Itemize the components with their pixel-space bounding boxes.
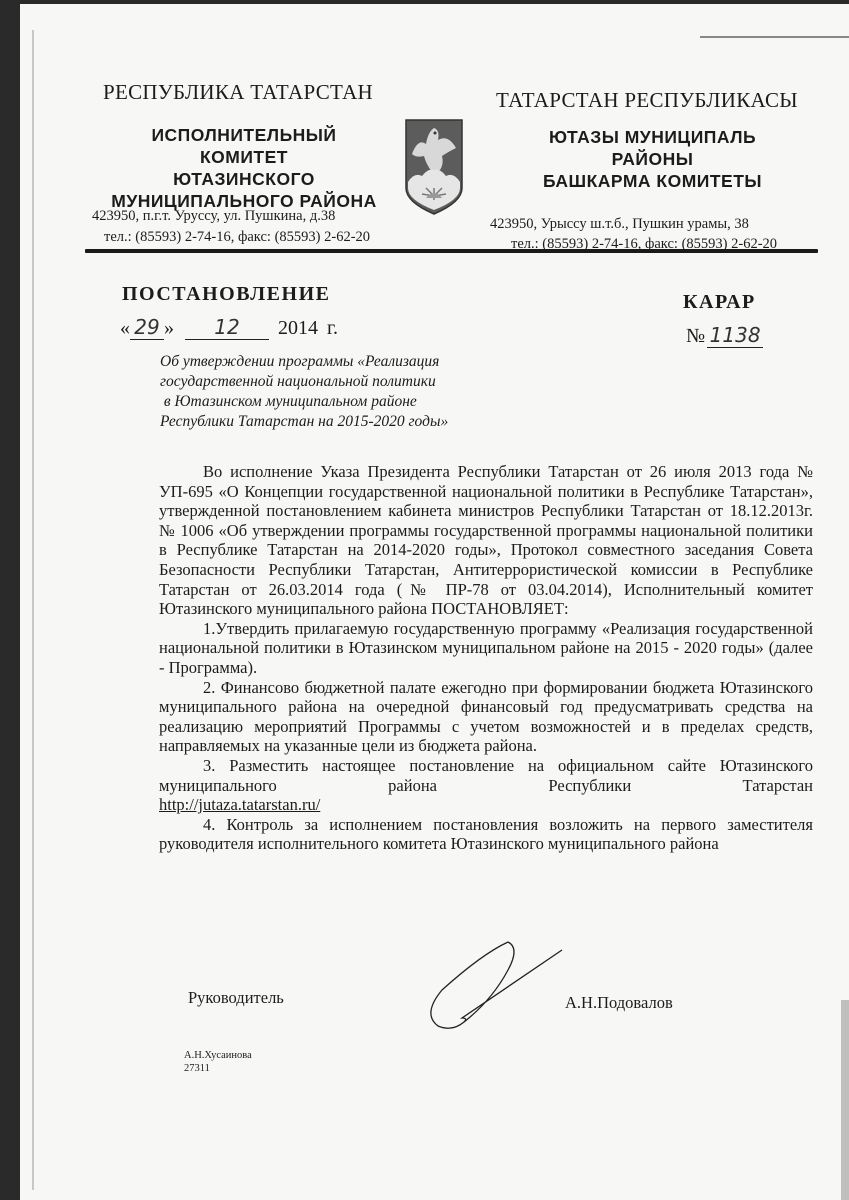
header-left-address: 423950, п.г.т. Уруссу, ул. Пушкина, д.38 [92,206,335,226]
handwritten-signature-icon [412,940,592,1030]
decree-type-tt: КАРАР [683,291,756,314]
title-line: государственной национальной политики [160,372,480,392]
date-year-suffix: г. [327,317,338,339]
executor-info: А.Н.Хусаинова 27311 [184,1049,252,1075]
header-right-organization: ЮТАЗЫ МУНИЦИПАЛЬ РАЙОНЫ БАШКАРМА КОМИТЕТ… [530,126,775,192]
signature-name: А.Н.Подовалов [565,993,673,1013]
site-link-line: http://jutaza.tatarstan.ru/ [159,795,813,815]
title-line: в Ютазинском муниципальном районе [160,392,480,412]
header-right-org-line: РАЙОНЫ [530,148,775,170]
executor-phone: 27311 [184,1062,252,1075]
date-day: 29 [130,315,164,340]
site-link[interactable]: http://jutaza.tatarstan.ru/ [159,795,320,814]
decree-type-ru: ПОСТАНОВЛЕНИЕ [122,283,330,306]
header-left-republic: РЕСПУБЛИКА ТАТАРСТАН [103,80,373,105]
header-left-organization: ИСПОЛНИТЕЛЬНЫЙ КОМИТЕТ ЮТАЗИНСКОГО МУНИЦ… [110,124,378,212]
preamble-paragraph: Во исполнение Указа Президента Республик… [159,462,813,619]
item-2-paragraph: 2. Финансово бюджетной палате ежегодно п… [159,678,813,756]
header-left-phone: тел.: (85593) 2-74-16, факс: (85593) 2-6… [104,227,370,247]
coat-of-arms-icon [404,118,464,216]
header-right-org-line: БАШКАРМА КОМИТЕТЫ [530,170,775,192]
scan-edge-right [841,1000,849,1200]
scan-edge-left [0,0,20,1200]
header-right-address: 423950, Урыссу ш.т.б., Пушкин урамы, 38 [490,214,749,234]
scan-mark [700,36,849,38]
date-year: 2014 [278,317,318,339]
decree-number: №1138 [686,323,763,348]
item-3-paragraph: 3. Разместить настоящее постановление на… [159,756,813,795]
date-close-quote: » [164,317,174,339]
number-value: 1138 [707,323,763,348]
title-line: Республики Татарстан на 2015-2020 годы» [160,412,480,432]
header-divider [85,249,818,253]
number-label: № [686,325,705,347]
executor-name: А.Н.Хусаинова [184,1049,252,1062]
item-4-paragraph: 4. Контроль за исполнением постановления… [159,815,813,854]
scan-edge-top [0,0,849,4]
header-right-republic: ТАТАРСТАН РЕСПУБЛИКАСЫ [496,88,798,113]
item-1-paragraph: 1.Утвердить прилагаемую государственную … [159,619,813,678]
decree-date: «29» 12 2014 г. [120,315,338,340]
decree-title: Об утверждении программы «Реализация гос… [160,352,480,432]
date-open-quote: « [120,317,130,339]
header-left-org-line: ЮТАЗИНСКОГО [110,168,378,190]
title-line: Об утверждении программы «Реализация [160,352,480,372]
header-left-org-line: ИСПОЛНИТЕЛЬНЫЙ КОМИТЕТ [110,124,378,168]
decree-body: Во исполнение Указа Президента Республик… [159,462,813,854]
date-month: 12 [185,315,269,340]
signature-role: Руководитель [188,988,284,1008]
fold-line [32,30,34,1190]
header-right-org-line: ЮТАЗЫ МУНИЦИПАЛЬ [530,126,775,148]
